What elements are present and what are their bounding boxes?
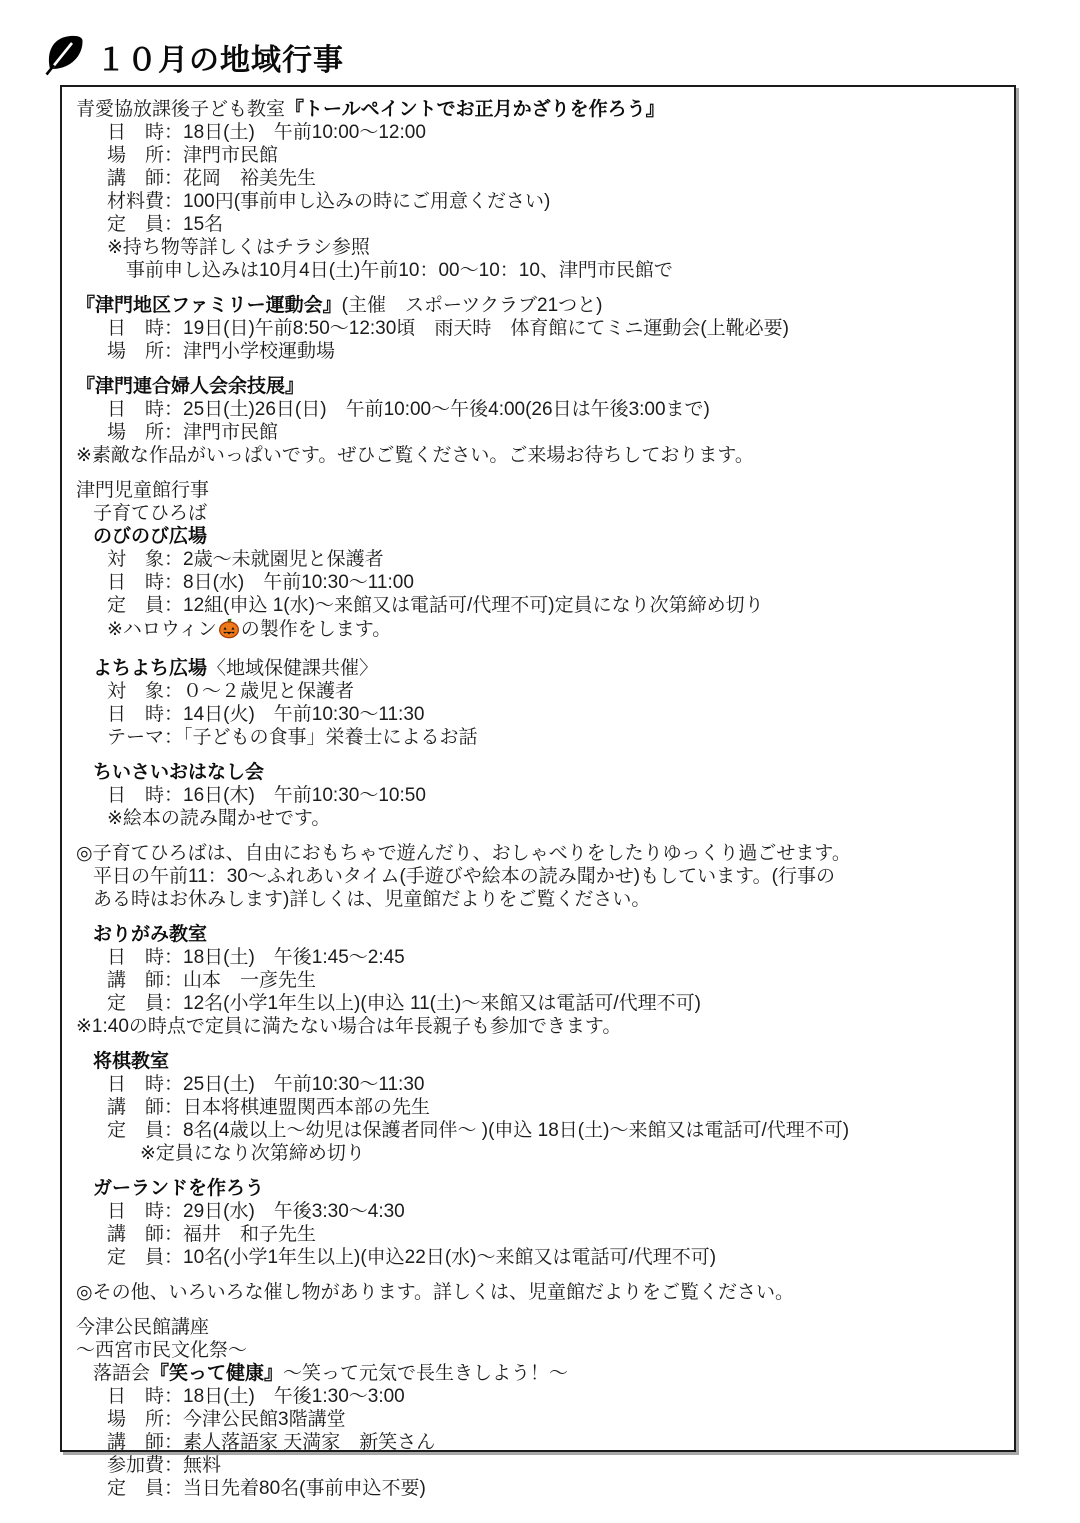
- section-origami-class: おりがみ教室日 時：18日(土) 午後1:45～2:45講 師：山本 一彦先生定…: [76, 923, 1000, 1038]
- text-line: 落語会『笑って健康』～笑って元気で長生きしよう！～: [76, 1362, 1000, 1385]
- section-yochiyochi-hiroba: よちよち広場〈地域保健課共催〉対 象：０～２歳児と保護者日 時：14日(火) 午…: [76, 657, 1000, 749]
- bold-text: おりがみ教室: [93, 924, 207, 945]
- text: 講 師：福井 和子先生: [107, 1224, 316, 1245]
- text-line: 材料費：100円(事前申し込みの時にご用意ください): [76, 190, 1000, 213]
- text: ある時はお休みします)詳しくは、児童館だよりをご覧ください。: [93, 889, 650, 910]
- text: 場 所：今津公民館3階講堂: [107, 1409, 346, 1430]
- text-line: 講 師：花岡 裕美先生: [76, 167, 1000, 190]
- text: ※定員になり次第締め切り: [140, 1143, 365, 1164]
- text-line: 講 師：福井 和子先生: [76, 1223, 1000, 1246]
- text-line: 津門児童館行事: [76, 479, 1000, 502]
- text-line: ◎子育てひろばは、自由におもちゃで遊んだり、おしゃべりをしたりゆっくり過ごせます…: [76, 842, 1000, 865]
- text: ～笑って元気で長生きしよう！～: [283, 1363, 568, 1384]
- text-line: 青愛協放課後子ども教室『トールペイントでお正月かざりを作ろう』: [76, 98, 1000, 121]
- section-tsuto-family-undokai: 『津門地区ファミリー運動会』(主催 スポーツクラブ21つと)日 時：19日(日)…: [76, 294, 1000, 363]
- text-line: 対 象：2歳～未就園児と保護者: [76, 548, 1000, 571]
- text: 定 員：8名(4歳以上～幼児は保護者同伴～ )(申込 18日(土)～来館又は電話…: [107, 1120, 849, 1141]
- text: 材料費：100円(事前申し込みの時にご用意ください): [107, 191, 550, 212]
- text-line: ※1:40の時点で定員に満たない場合は年長親子も参加できます。: [76, 1015, 1000, 1038]
- text-line: 日 時：18日(土) 午後1:45～2:45: [76, 946, 1000, 969]
- text-line: 定 員：当日先着80名(事前申込不要): [76, 1477, 1000, 1500]
- section-jidokan-nobinobi-hiroba: 津門児童館行事子育てひろばのびのび広場対 象：2歳～未就園児と保護者日 時：8日…: [76, 479, 1000, 645]
- text: 場 所：津門市民館: [107, 422, 278, 443]
- text: ※持ち物等詳しくはチラシ参照: [107, 237, 370, 258]
- text-line: 事前申し込みは10月4日(土)午前10：00～10：10、津門市民館で: [76, 259, 1000, 282]
- bold-text: 『トールペイントでお正月かざりを作ろう』: [285, 99, 665, 120]
- text: ※1:40の時点で定員に満たない場合は年長親子も参加できます。: [76, 1016, 621, 1037]
- text: 講 師：素人落語家 天満家 新笑さん: [107, 1432, 435, 1453]
- text: 定 員：10名(小学1年生以上)(申込22日(水)～来館又は電話可/代理不可): [107, 1247, 716, 1268]
- text-line: ※定員になり次第締め切り: [76, 1142, 1000, 1165]
- text: 今津公民館講座: [76, 1317, 209, 1338]
- text: 日 時：19日(日)午前8:50～12:30頃 雨天時 体育館にてミニ運動会(上…: [107, 318, 789, 339]
- text: 講 師：山本 一彦先生: [107, 970, 316, 991]
- text: 場 所：津門小学校運動場: [107, 341, 335, 362]
- jack-o-lantern-icon: [218, 617, 240, 645]
- text: ～西宮市民文化祭～: [76, 1340, 247, 1361]
- text: 講 師：日本将棋連盟関西本部の先生: [107, 1097, 430, 1118]
- bold-text: 『笑って健康』: [150, 1363, 283, 1384]
- text-line: のびのび広場: [76, 525, 1000, 548]
- text-line: 講 師：山本 一彦先生: [76, 969, 1000, 992]
- text-line: 将棋教室: [76, 1050, 1000, 1073]
- text: 定 員：15名: [107, 214, 223, 235]
- text-line: ガーランドを作ろう: [76, 1177, 1000, 1200]
- bold-text: よちよち広場: [93, 658, 207, 679]
- text: 場 所：津門市民館: [107, 145, 278, 166]
- section-tole-paint-class: 青愛協放課後子ども教室『トールペイントでお正月かざりを作ろう』日 時：18日(土…: [76, 98, 1000, 282]
- text-line: 場 所：今津公民館3階講堂: [76, 1408, 1000, 1431]
- text: ※素敵な作品がいっぱいです。ぜひご覧ください。ご来場お待ちしております。: [76, 445, 754, 466]
- text-line: 参加費：無料: [76, 1454, 1000, 1477]
- text: 青愛協放課後子ども教室: [76, 99, 285, 120]
- text-line: 場 所：津門市民館: [76, 144, 1000, 167]
- text: 日 時：18日(土) 午前10:00～12:00: [107, 122, 426, 143]
- text: 子育てひろば: [93, 503, 207, 524]
- text-line: おりがみ教室: [76, 923, 1000, 946]
- text-line: テーマ：「子どもの食事」栄養士によるお話: [76, 726, 1000, 749]
- bold-text: 『津門連合婦人会余技展』: [76, 376, 304, 397]
- text-line: 日 時：25日(土)26日(日) 午前10:00～午後4:00(26日は午後3:…: [76, 398, 1000, 421]
- leaf-icon: [44, 32, 86, 81]
- text-line: 子育てひろば: [76, 502, 1000, 525]
- text: 参加費：無料: [107, 1455, 221, 1476]
- text-line: 定 員：12組(申込 1(水)～来館又は電話可/代理不可)定員になり次第締め切り: [76, 594, 1000, 617]
- text-line: 平日の午前11：30～ふれあいタイム(手遊びや絵本の読み聞かせ)もしています。(…: [76, 865, 1000, 888]
- text-line: ※ハロウィンの製作をします。: [76, 617, 1000, 645]
- text-line: 日 時：16日(木) 午前10:30～10:50: [76, 784, 1000, 807]
- bold-text: のびのび広場: [93, 526, 207, 547]
- text: (主催 スポーツクラブ21つと): [342, 295, 603, 316]
- text-line: よちよち広場〈地域保健課共催〉: [76, 657, 1000, 680]
- text: ※ハロウィン: [107, 619, 217, 640]
- content-box: 青愛協放課後子ども教室『トールペイントでお正月かざりを作ろう』日 時：18日(土…: [60, 85, 1016, 1452]
- text: 定 員：12名(小学1年生以上)(申込 11(土)～来館又は電話可/代理不可): [107, 993, 701, 1014]
- text: 落語会: [93, 1363, 150, 1384]
- text: ※絵本の読み聞かせです。: [107, 808, 330, 829]
- text: 津門児童館行事: [76, 480, 209, 501]
- text: 対 象：０～２歳児と保護者: [107, 681, 354, 702]
- text: 日 時：18日(土) 午後1:30～3:00: [107, 1386, 405, 1407]
- text: ◎その他、いろいろな催し物があります。詳しくは、児童館だよりをご覧ください。: [76, 1282, 794, 1303]
- text-line: ※持ち物等詳しくはチラシ参照: [76, 236, 1000, 259]
- text-line: 定 員：15名: [76, 213, 1000, 236]
- text: の製作をします。: [241, 619, 391, 640]
- text-line: 日 時：18日(土) 午後1:30～3:00: [76, 1385, 1000, 1408]
- text-line: 対 象：０～２歳児と保護者: [76, 680, 1000, 703]
- text: ◎子育てひろばは、自由におもちゃで遊んだり、おしゃべりをしたりゆっくり過ごせます…: [76, 843, 851, 864]
- text-line: ※素敵な作品がいっぱいです。ぜひご覧ください。ご来場お待ちしております。: [76, 444, 1000, 467]
- text-line: 定 員：8名(4歳以上～幼児は保護者同伴～ )(申込 18日(土)～来館又は電話…: [76, 1119, 1000, 1142]
- text-line: 場 所：津門市民館: [76, 421, 1000, 444]
- text: 日 時：25日(土)26日(日) 午前10:00～午後4:00(26日は午後3:…: [107, 399, 710, 420]
- bold-text: 将棋教室: [93, 1051, 169, 1072]
- text-line: 日 時：8日(水) 午前10:30～11:00: [76, 571, 1000, 594]
- text: 事前申し込みは10月4日(土)午前10：00～10：10、津門市民館で: [126, 260, 673, 281]
- note-other-events: ◎その他、いろいろな催し物があります。詳しくは、児童館だよりをご覧ください。: [76, 1281, 1000, 1304]
- text-line: 定 員：12名(小学1年生以上)(申込 11(土)～来館又は電話可/代理不可): [76, 992, 1000, 1015]
- text-line: 定 員：10名(小学1年生以上)(申込22日(水)～来館又は電話可/代理不可): [76, 1246, 1000, 1269]
- text: 平日の午前11：30～ふれあいタイム(手遊びや絵本の読み聞かせ)もしています。(…: [93, 866, 835, 887]
- text-line: 日 時：18日(土) 午前10:00～12:00: [76, 121, 1000, 144]
- text-line: 今津公民館講座: [76, 1316, 1000, 1339]
- text-line: 『津門地区ファミリー運動会』(主催 スポーツクラブ21つと): [76, 294, 1000, 317]
- text: テーマ：「子どもの食事」栄養士によるお話: [107, 727, 478, 748]
- text-line: ◎その他、いろいろな催し物があります。詳しくは、児童館だよりをご覧ください。: [76, 1281, 1000, 1304]
- text-line: 講 師：素人落語家 天満家 新笑さん: [76, 1431, 1000, 1454]
- text-line: ちいさいおはなし会: [76, 761, 1000, 784]
- text: 対 象：2歳～未就園児と保護者: [107, 549, 384, 570]
- text: 講 師：花岡 裕美先生: [107, 168, 316, 189]
- text: 日 時：16日(木) 午前10:30～10:50: [107, 785, 426, 806]
- text: 日 時：8日(水) 午前10:30～11:00: [107, 572, 414, 593]
- text-line: ある時はお休みします)詳しくは、児童館だよりをご覧ください。: [76, 888, 1000, 911]
- text-line: 日 時：19日(日)午前8:50～12:30頃 雨天時 体育館にてミニ運動会(上…: [76, 317, 1000, 340]
- text: 日 時：18日(土) 午後1:45～2:45: [107, 947, 405, 968]
- text: 〈地域保健課共催〉: [207, 658, 378, 679]
- text-line: 日 時：14日(火) 午前10:30～11:30: [76, 703, 1000, 726]
- text-line: ※絵本の読み聞かせです。: [76, 807, 1000, 830]
- page-header: １０月の地域行事: [44, 32, 344, 81]
- text: 日 時：14日(火) 午前10:30～11:30: [107, 704, 424, 725]
- bold-text: 『津門地区ファミリー運動会』: [76, 295, 342, 316]
- section-shogi-class: 将棋教室日 時：25日(土) 午前10:30～11:30講 師：日本将棋連盟関西…: [76, 1050, 1000, 1165]
- text: 日 時：29日(水) 午後3:30～4:30: [107, 1201, 405, 1222]
- page-title: １０月の地域行事: [96, 35, 344, 79]
- bold-text: ちいさいおはなし会: [93, 762, 264, 783]
- text: 日 時：25日(土) 午前10:30～11:30: [107, 1074, 424, 1095]
- text-line: 講 師：日本将棋連盟関西本部の先生: [76, 1096, 1000, 1119]
- text-line: 場 所：津門小学校運動場: [76, 340, 1000, 363]
- section-imazu-kominkan-koza: 今津公民館講座～西宮市民文化祭～落語会『笑って健康』～笑って元気で長生きしよう！…: [76, 1316, 1000, 1500]
- text: 定 員：当日先着80名(事前申込不要): [107, 1478, 426, 1499]
- section-garland-class: ガーランドを作ろう日 時：29日(水) 午後3:30～4:30講 師：福井 和子…: [76, 1177, 1000, 1269]
- bold-text: ガーランドを作ろう: [93, 1178, 264, 1199]
- section-chiisai-ohanashikai: ちいさいおはなし会日 時：16日(木) 午前10:30～10:50※絵本の読み聞…: [76, 761, 1000, 830]
- text: 定 員：12組(申込 1(水)～来館又は電話可/代理不可)定員になり次第締め切り: [107, 595, 764, 616]
- text-line: ～西宮市民文化祭～: [76, 1339, 1000, 1362]
- text-line: 『津門連合婦人会余技展』: [76, 375, 1000, 398]
- text-line: 日 時：25日(土) 午前10:30～11:30: [76, 1073, 1000, 1096]
- text-line: 日 時：29日(水) 午後3:30～4:30: [76, 1200, 1000, 1223]
- note-kosodate-hiroba: ◎子育てひろばは、自由におもちゃで遊んだり、おしゃべりをしたりゆっくり過ごせます…: [76, 842, 1000, 911]
- section-fujinkai-yogiten: 『津門連合婦人会余技展』日 時：25日(土)26日(日) 午前10:00～午後4…: [76, 375, 1000, 467]
